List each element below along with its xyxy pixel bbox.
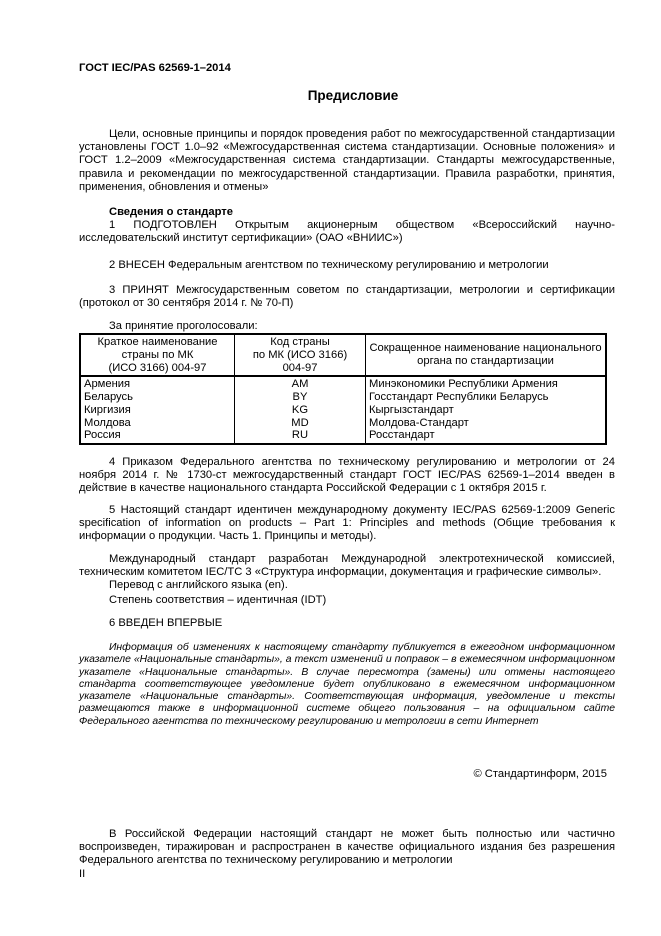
cell-code: KG [235,404,366,417]
table-row: Молдова MD Молдова-Стандарт [80,417,606,430]
cell-body: Минэкономики Республики Армения [366,376,607,391]
document-code: ГОСТ IEC/PAS 62569-1–2014 [79,62,615,74]
about-standard-section: Сведения о стандарте 1 ПОДГОТОВЛЕН Откры… [79,206,615,246]
cell-country: Армения [80,376,235,391]
cell-country: Молдова [80,417,235,430]
table-row: Беларусь BY Госстандарт Республики Белар… [80,391,606,404]
table-row: Россия RU Росстандарт [80,429,606,444]
notice-paragraph: Информация об изменениях к настоящему ст… [79,642,615,728]
cell-code: MD [235,417,366,430]
about-item-2-block: 2 ВНЕСЕН Федеральным агентством по техни… [79,259,615,272]
item-5-block: 5 Настоящий стандарт идентичен междунаро… [79,504,615,544]
about-heading: Сведения о стандарте [79,206,615,219]
copyright: © Стандартинформ, 2015 [71,768,607,780]
about-item-1: 1 ПОДГОТОВЛЕН Открытым акционерным общес… [79,219,615,245]
cell-body: Росстандарт [366,429,607,444]
item-6: 6 ВВЕДЕН ВПЕРВЫЕ [79,617,615,630]
about-item-3-block: 3 ПРИНЯТ Межгосударственным советом по с… [79,284,615,310]
cell-country: Беларусь [80,391,235,404]
intl-conformity: Степень соответствия – идентичная (IDT) [79,594,615,607]
page-title: Предисловие [85,88,621,103]
cell-body: Кыргызстандарт [366,404,607,417]
cell-code: AM [235,376,366,391]
header-country: Краткое наименование страны по МК (ИСО 3… [80,334,235,376]
international-info: Международный стандарт разработан Междун… [79,553,615,607]
header-code: Код страны по МК (ИСО 3166) 004-97 [235,334,366,376]
table-row: Киргизия KG Кыргызстандарт [80,404,606,417]
vote-label: За принятие проголосовали: [79,320,645,333]
intro-paragraph: Цели, основные принципы и порядок провед… [79,128,615,194]
header-body: Сокращенное наименование национального о… [366,334,607,376]
intl-translation: Перевод с английского языка (en). [79,579,615,592]
cell-country: Россия [80,429,235,444]
reproduction-paragraph: В Российской Федерации настоящий стандар… [79,828,615,868]
reproduction-block: В Российской Федерации настоящий стандар… [79,828,615,868]
cell-body: Молдова-Стандарт [366,417,607,430]
about-item-3: 3 ПРИНЯТ Межгосударственным советом по с… [79,284,615,310]
vote-table: Краткое наименование страны по МК (ИСО 3… [79,333,607,445]
cell-body: Госстандарт Республики Беларусь [366,391,607,404]
notice-block: Информация об изменениях к настоящему ст… [79,642,615,728]
page-number: II [79,868,615,880]
item-5: 5 Настоящий стандарт идентичен междунаро… [79,504,615,544]
vote-table-header: Краткое наименование страны по МК (ИСО 3… [80,334,606,376]
item-4: 4 Приказом Федерального агентства по тех… [79,456,615,496]
intro-section: Цели, основные принципы и порядок провед… [79,128,615,194]
intl-developed: Международный стандарт разработан Междун… [79,553,615,579]
cell-country: Киргизия [80,404,235,417]
item-6-block: 6 ВВЕДЕН ВПЕРВЫЕ [79,617,615,630]
item-4-block: 4 Приказом Федерального агентства по тех… [79,456,615,496]
about-item-2: 2 ВНЕСЕН Федеральным агентством по техни… [79,259,615,272]
table-row: Армения AM Минэкономики Республики Армен… [80,376,606,391]
cell-code: BY [235,391,366,404]
cell-code: RU [235,429,366,444]
